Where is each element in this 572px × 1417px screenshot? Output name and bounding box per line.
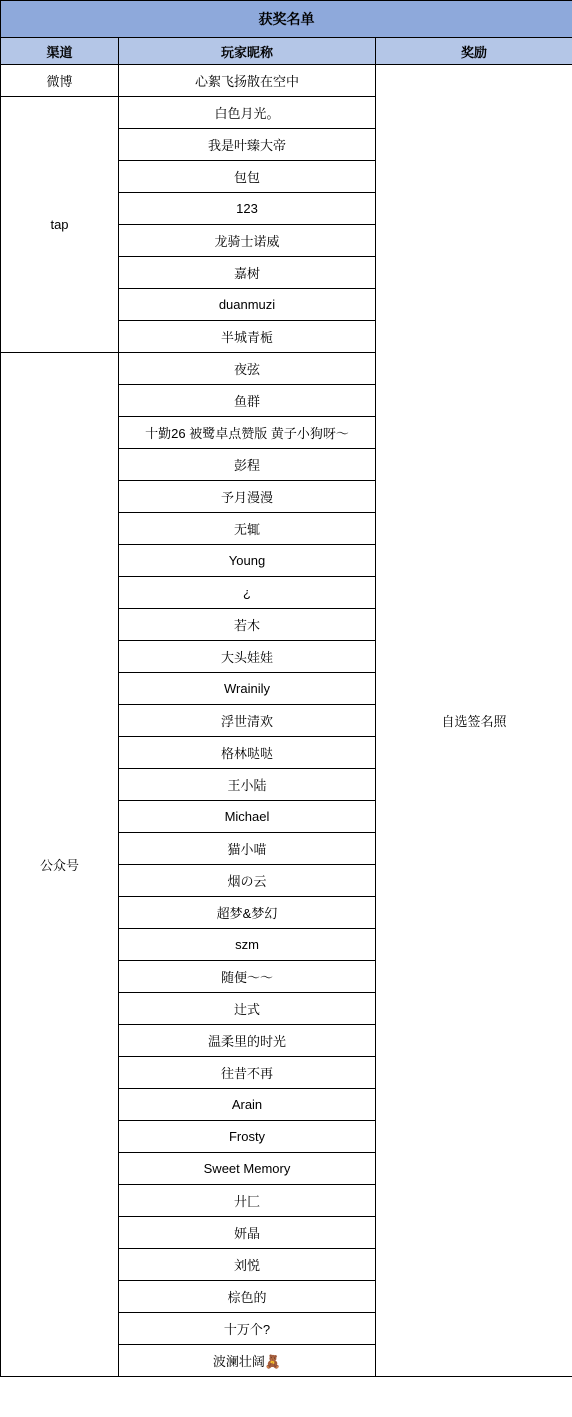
player-cell: 白色月光。 xyxy=(119,97,376,129)
player-cell: 王小陆 xyxy=(119,769,376,801)
channel-cell: 微博 xyxy=(1,65,119,97)
channel-cell: 公众号 xyxy=(1,353,119,1377)
player-cell: duanmuzi xyxy=(119,289,376,321)
player-cell: 廾匚 xyxy=(119,1185,376,1217)
player-cell: ¿ xyxy=(119,577,376,609)
player-cell: 猫小喵 xyxy=(119,833,376,865)
table-body: 微博心絮飞扬散在空中自选签名照tap白色月光。我是叶臻大帝包包123龙骑士诺威嘉… xyxy=(1,65,572,1377)
player-cell: 浮世清欢 xyxy=(119,705,376,737)
player-cell: 心絮飞扬散在空中 xyxy=(119,65,376,97)
player-cell: 夜弦 xyxy=(119,353,376,385)
player-cell: 十万个? xyxy=(119,1313,376,1345)
player-cell: 予月漫漫 xyxy=(119,481,376,513)
header-row: 渠道 玩家昵称 奖励 xyxy=(1,38,572,65)
player-cell: 我是叶臻大帝 xyxy=(119,129,376,161)
channel-cell: tap xyxy=(1,97,119,353)
player-cell: Wrainily xyxy=(119,673,376,705)
player-cell: Sweet Memory xyxy=(119,1153,376,1185)
player-cell: 123 xyxy=(119,193,376,225)
player-cell: 刘悦 xyxy=(119,1249,376,1281)
table-row: 微博心絮飞扬散在空中自选签名照 xyxy=(1,65,572,97)
player-cell: 棕色的 xyxy=(119,1281,376,1313)
player-cell: 大头娃娃 xyxy=(119,641,376,673)
table-title: 获奖名单 xyxy=(1,1,572,38)
prize-table: 获奖名单 渠道 玩家昵称 奖励 微博心絮飞扬散在空中自选签名照tap白色月光。我… xyxy=(0,0,572,1377)
player-cell: 烟の云 xyxy=(119,865,376,897)
player-cell: 包包 xyxy=(119,161,376,193)
player-cell: szm xyxy=(119,929,376,961)
player-cell: 彭程 xyxy=(119,449,376,481)
player-cell: 十勤26 被鹭卓点赞版 黄子小狗呀～ xyxy=(119,417,376,449)
player-cell: 若木 xyxy=(119,609,376,641)
player-cell: 龙骑士诺威 xyxy=(119,225,376,257)
player-cell: 辻式 xyxy=(119,993,376,1025)
player-cell: 随便～～ xyxy=(119,961,376,993)
player-cell: Arain xyxy=(119,1089,376,1121)
title-row: 获奖名单 xyxy=(1,1,572,38)
player-cell: 超梦&梦幻 xyxy=(119,897,376,929)
player-cell: 往昔不再 xyxy=(119,1057,376,1089)
player-cell: 半城青栀 xyxy=(119,321,376,353)
header-channel: 渠道 xyxy=(1,38,119,65)
reward-cell: 自选签名照 xyxy=(376,65,572,1377)
player-cell: 波澜壮阔🧸 xyxy=(119,1345,376,1377)
header-nickname: 玩家昵称 xyxy=(119,38,376,65)
player-cell: 鱼群 xyxy=(119,385,376,417)
player-cell: 无辄 xyxy=(119,513,376,545)
player-cell: 格林哒哒 xyxy=(119,737,376,769)
player-cell: Young xyxy=(119,545,376,577)
player-cell: 妍晶 xyxy=(119,1217,376,1249)
player-cell: Frosty xyxy=(119,1121,376,1153)
player-cell: Michael xyxy=(119,801,376,833)
header-reward: 奖励 xyxy=(376,38,572,65)
player-cell: 温柔里的时光 xyxy=(119,1025,376,1057)
player-cell: 嘉树 xyxy=(119,257,376,289)
